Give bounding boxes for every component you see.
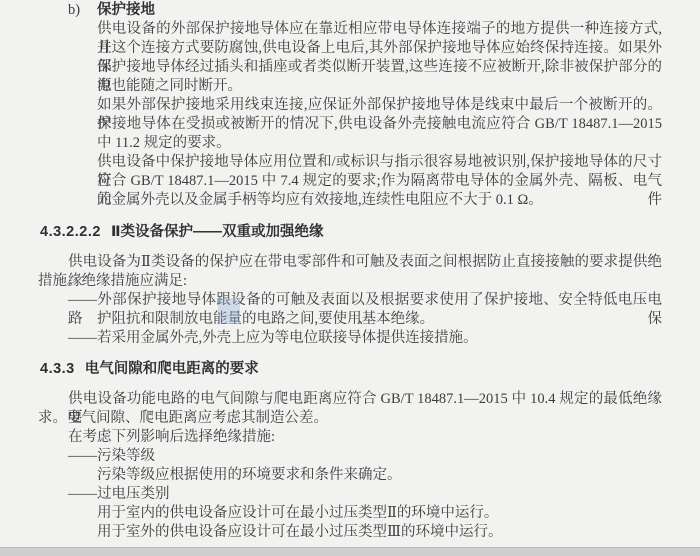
list-item-b-title: 保护接地 [97, 2, 155, 18]
dash-item-text: 污染等级 [97, 448, 155, 464]
text-line: 护接地导体在受损或被断开的情况下,供电设备外壳接触电流应符合 GB/T 1848… [97, 115, 662, 134]
text-line: 用于室外的供电设备应设计可在最小过压类型Ⅲ的环境中运行。 [97, 523, 662, 542]
section-title: 电气间隙和爬电距离的要求 [85, 361, 259, 377]
section-number: 4.3.2.2.2 [40, 224, 101, 240]
dash-marker: —— [68, 329, 97, 348]
page-content: b)保护接地 供电设备的外部保护接地导体应在靠近相应带电导体连接端子的地方提供一… [0, 0, 700, 556]
scan-edge-shadow [0, 547, 700, 556]
section-number: 4.3.3 [40, 361, 75, 377]
document-page: b)保护接地 供电设备的外部保护接地导体应在靠近相应带电导体连接端子的地方提供一… [0, 0, 700, 556]
text-line: 供电设备中保护接地导体应用位置和/或标识与指示很容易地被识别,保护接地导体的尺寸… [97, 153, 662, 172]
dash-item-text: 若采用金属外壳,外壳上应为等电位联接导体提供连接措施。 [97, 330, 478, 346]
text-line: 中 11.2 规定的要求。 [97, 134, 662, 153]
section-heading-4-3-2-2-2: 4.3.2.2.2Ⅱ类设备保护——双重或加强绝缘 [40, 223, 662, 242]
text-line: 源也能随之同时断开。 [97, 77, 662, 96]
dash-marker: —— [68, 485, 97, 504]
dash-marker: —— [68, 447, 97, 466]
text-line: 符合 GB/T 18487.1—2015 中 7.4 规定的要求;作为隔离带电导… [97, 172, 662, 191]
dash-list-item-line: ——若采用金属外壳,外壳上应为等电位联接导体提供连接措施。 [68, 329, 662, 348]
text-line: 污染等级应根据使用的环境要求和条件来确定。 [97, 466, 662, 485]
dash-list-item-line: ——外部保护接地导体跟设备的可触及表面以及根据要求使用了保护接地、安全特低电压电… [68, 291, 662, 310]
list-item-b-title-line: b)保护接地 [68, 1, 662, 20]
dash-marker: —— [68, 291, 97, 310]
text-line: 求。电气间隙、爬电距离应考虑其制造公差。 [38, 409, 662, 428]
text-line: 供电设备的外部保护接地导体应在靠近相应带电导体连接端子的地方提供一种连接方式,并 [97, 20, 662, 39]
dash-list-item-line: ——污染等级 [68, 447, 662, 466]
text-line: 如果外部保护接地采用线束连接,应保证外部保护接地导体是线束中最后一个被断开的。保 [97, 96, 662, 115]
text-line: 且这个连接方式要防腐蚀,供电设备上电后,其外部保护接地导体应始终保持连接。如果外… [97, 39, 662, 58]
text-line: 措施。绝缘措施应满足: [38, 272, 662, 291]
text-line: 供电设备为Ⅱ类设备的保护应在带电零部件和可触及表面之间根据防止直接接触的要求提供… [68, 253, 662, 272]
text-line: 在考虑下列影响后选择绝缘措施: [68, 428, 662, 447]
text-line: 用于室内的供电设备应设计可在最小过压类型Ⅱ的环境中运行。 [97, 504, 662, 523]
text-line: 保护接地导体经过插头和插座或者类似断开装置,这些连接不应被断开,除非被保护部分的… [97, 58, 662, 77]
section-heading-4-3-3: 4.3.3电气间隙和爬电距离的要求 [40, 360, 662, 379]
list-item-b-label: b) [68, 1, 97, 20]
dash-item-text: 过电压类别 [97, 486, 170, 502]
text-line: 供电设备功能电路的电气间隙与爬电距离应符合 GB/T 18487.1—2015 … [68, 390, 662, 409]
dash-list-item-line: ——过电压类别 [68, 485, 662, 504]
section-title: Ⅱ类设备保护——双重或加强绝缘 [111, 224, 324, 240]
scan-artifact [218, 298, 240, 324]
